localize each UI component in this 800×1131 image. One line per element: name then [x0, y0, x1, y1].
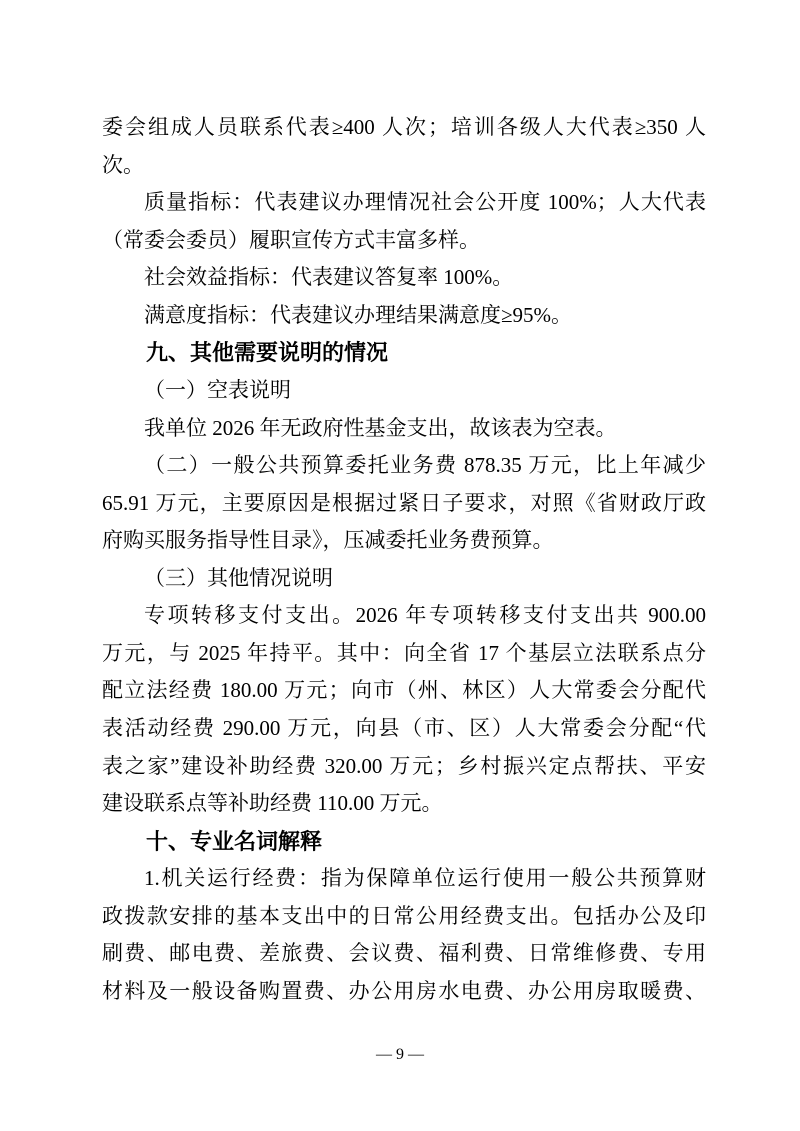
text-line: 配立法经费 180.00 万元；向市（州、林区）人大常委会分配代 [102, 672, 706, 710]
text-line: 次。 [102, 147, 706, 185]
text-line: 政拨款安排的基本支出中的日常公用经费支出。包括办公及印 [102, 898, 706, 936]
section-heading: 九、其他需要说明的情况 [102, 334, 706, 372]
text-line: 专项转移支付支出。2026 年专项转移支付支出共 900.00 [102, 597, 706, 635]
text-line: 万元，与 2025 年持平。其中：向全省 17 个基层立法联系点分 [102, 635, 706, 673]
text-line: 质量指标：代表建议办理情况社会公开度 100%；人大代表 [102, 184, 706, 222]
text-line: 65.91 万元，主要原因是根据过紧日子要求，对照《省财政厅政 [102, 485, 706, 523]
text-line: 材料及一般设备购置费、办公用房水电费、办公用房取暖费、 [102, 973, 706, 1011]
text-line: 1.机关运行经费：指为保障单位运行使用一般公共预算财 [102, 860, 706, 898]
text-line: 表之家”建设补助经费 320.00 万元；乡村振兴定点帮扶、平安 [102, 748, 706, 786]
page-number: — 9 — [0, 1046, 800, 1064]
text-line: 委会组成人员联系代表≥400 人次；培训各级人大代表≥350 人 [102, 109, 706, 147]
text-line: （常委会委员）履职宣传方式丰富多样。 [102, 222, 706, 260]
text-line: 府购买服务指导性目录》，压减委托业务费预算。 [102, 522, 706, 560]
text-line: 表活动经费 290.00 万元，向县（市、区）人大常委会分配“代 [102, 710, 706, 748]
document-body: 委会组成人员联系代表≥400 人次；培训各级人大代表≥350 人 次。 质量指标… [102, 109, 706, 1011]
text-line: （三）其他情况说明 [102, 560, 706, 598]
text-line: 我单位 2026 年无政府性基金支出，故该表为空表。 [102, 410, 706, 448]
text-line: 满意度指标：代表建议办理结果满意度≥95%。 [102, 297, 706, 335]
document-page: 委会组成人员联系代表≥400 人次；培训各级人大代表≥350 人 次。 质量指标… [0, 0, 800, 1131]
text-line: （二）一般公共预算委托业务费 878.35 万元，比上年减少 [102, 447, 706, 485]
text-line: 建设联系点等补助经费 110.00 万元。 [102, 785, 706, 823]
text-line: 刷费、邮电费、差旅费、会议费、福利费、日常维修费、专用 [102, 935, 706, 973]
section-heading: 十、专业名词解释 [102, 823, 706, 861]
text-line: （一）空表说明 [102, 372, 706, 410]
text-line: 社会效益指标：代表建议答复率 100%。 [102, 259, 706, 297]
